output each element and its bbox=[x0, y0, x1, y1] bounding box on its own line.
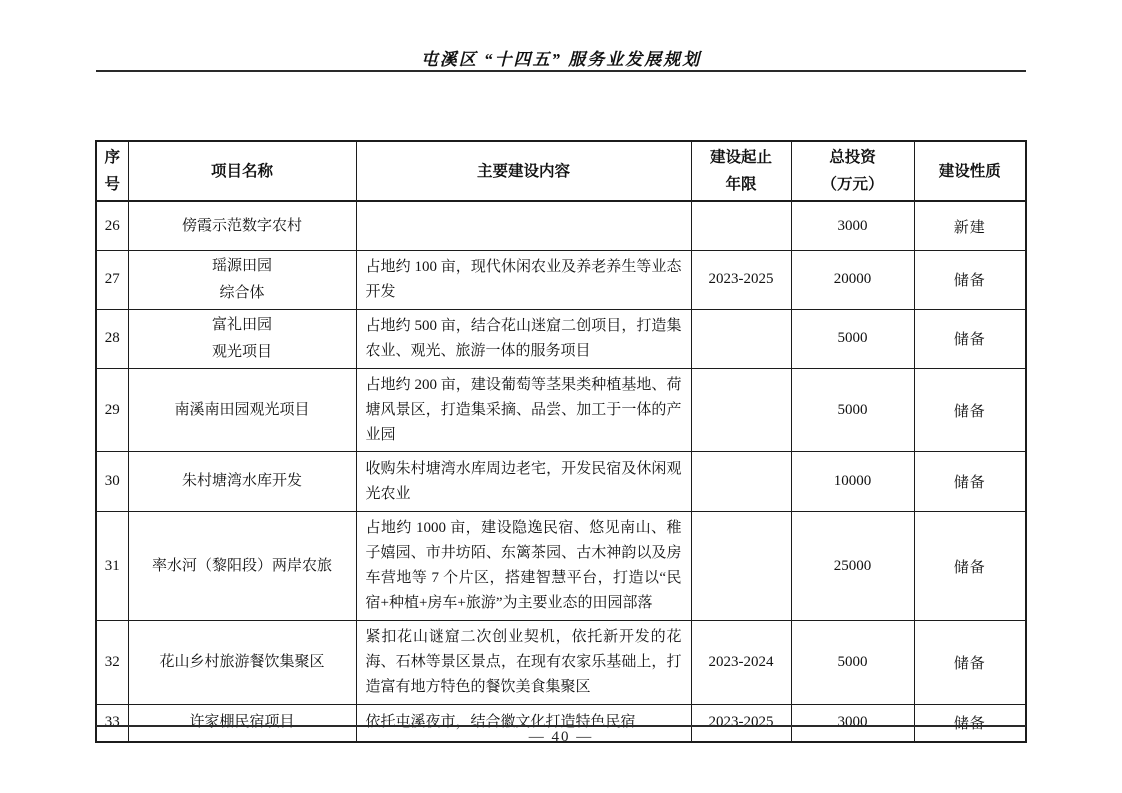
header-rule bbox=[96, 70, 1026, 72]
cell-investment: 5000 bbox=[791, 620, 914, 704]
column-header-no: 序 号 bbox=[96, 141, 128, 201]
cell-nature: 新建 bbox=[914, 201, 1026, 250]
cell-name: 富礼田园 观光项目 bbox=[128, 309, 356, 368]
page-title: 屯溪区 “十四五” 服务业发展规划 bbox=[0, 45, 1122, 70]
footer-rule bbox=[96, 725, 1026, 727]
cell-years: 2023-2024 bbox=[691, 620, 791, 704]
cell-no: 29 bbox=[96, 368, 128, 452]
cell-nature: 储备 bbox=[914, 512, 1026, 621]
cell-no: 32 bbox=[96, 620, 128, 704]
cell-content bbox=[356, 201, 691, 250]
cell-name: 率水河（黎阳段）两岸农旅 bbox=[128, 512, 356, 621]
column-header-name: 项目名称 bbox=[128, 141, 356, 201]
cell-no: 27 bbox=[96, 250, 128, 309]
projects-table: 序 号项目名称主要建设内容建设起止 年限总投资 （万元）建设性质 26傍霞示范数… bbox=[95, 140, 1027, 743]
column-header-nature: 建设性质 bbox=[914, 141, 1026, 201]
cell-nature: 储备 bbox=[914, 452, 1026, 512]
cell-nature: 储备 bbox=[914, 620, 1026, 704]
table-row: 30朱村塘湾水库开发收购朱村塘湾水库周边老宅，开发民宿及休闲观光农业10000储… bbox=[96, 452, 1026, 512]
cell-content: 占地约 500 亩，结合花山迷窟二创项目，打造集农业、观光、旅游一体的服务项目 bbox=[356, 309, 691, 368]
cell-nature: 储备 bbox=[914, 309, 1026, 368]
cell-investment: 3000 bbox=[791, 201, 914, 250]
cell-nature: 储备 bbox=[914, 368, 1026, 452]
cell-investment: 25000 bbox=[791, 512, 914, 621]
cell-name: 瑶源田园 综合体 bbox=[128, 250, 356, 309]
table-row: 27瑶源田园 综合体占地约 100 亩，现代休闲农业及养老养生等业态开发2023… bbox=[96, 250, 1026, 309]
column-header-investment: 总投资 （万元） bbox=[791, 141, 914, 201]
cell-no: 26 bbox=[96, 201, 128, 250]
cell-years bbox=[691, 512, 791, 621]
cell-years bbox=[691, 452, 791, 512]
page-number: — 40 — bbox=[0, 729, 1122, 746]
cell-investment: 20000 bbox=[791, 250, 914, 309]
cell-investment: 5000 bbox=[791, 309, 914, 368]
cell-years bbox=[691, 368, 791, 452]
cell-content: 紧扣花山谜窟二次创业契机，依托新开发的花海、石林等景区景点，在现有农家乐基础上，… bbox=[356, 620, 691, 704]
table-row: 31率水河（黎阳段）两岸农旅占地约 1000 亩，建设隐逸民宿、悠见南山、稚子嬉… bbox=[96, 512, 1026, 621]
cell-no: 31 bbox=[96, 512, 128, 621]
cell-investment: 5000 bbox=[791, 368, 914, 452]
cell-no: 30 bbox=[96, 452, 128, 512]
cell-content: 收购朱村塘湾水库周边老宅，开发民宿及休闲观光农业 bbox=[356, 452, 691, 512]
column-header-content: 主要建设内容 bbox=[356, 141, 691, 201]
cell-name: 朱村塘湾水库开发 bbox=[128, 452, 356, 512]
cell-name: 花山乡村旅游餐饮集聚区 bbox=[128, 620, 356, 704]
cell-content: 占地约 100 亩，现代休闲农业及养老养生等业态开发 bbox=[356, 250, 691, 309]
cell-nature: 储备 bbox=[914, 250, 1026, 309]
table-row: 32花山乡村旅游餐饮集聚区紧扣花山谜窟二次创业契机，依托新开发的花海、石林等景区… bbox=[96, 620, 1026, 704]
table-row: 29南溪南田园观光项目占地约 200 亩，建设葡萄等茎果类种植基地、荷塘风景区，… bbox=[96, 368, 1026, 452]
cell-years: 2023-2025 bbox=[691, 250, 791, 309]
table-row: 26傍霞示范数字农村3000新建 bbox=[96, 201, 1026, 250]
table-header-row: 序 号项目名称主要建设内容建设起止 年限总投资 （万元）建设性质 bbox=[96, 141, 1026, 201]
cell-name: 傍霞示范数字农村 bbox=[128, 201, 356, 250]
table-row: 28富礼田园 观光项目占地约 500 亩，结合花山迷窟二创项目，打造集农业、观光… bbox=[96, 309, 1026, 368]
cell-investment: 10000 bbox=[791, 452, 914, 512]
cell-content: 占地约 200 亩，建设葡萄等茎果类种植基地、荷塘风景区，打造集采摘、品尝、加工… bbox=[356, 368, 691, 452]
cell-content: 占地约 1000 亩，建设隐逸民宿、悠见南山、稚子嬉园、市井坊陌、东篱茶园、古木… bbox=[356, 512, 691, 621]
cell-years bbox=[691, 309, 791, 368]
cell-years bbox=[691, 201, 791, 250]
column-header-years: 建设起止 年限 bbox=[691, 141, 791, 201]
cell-name: 南溪南田园观光项目 bbox=[128, 368, 356, 452]
cell-no: 28 bbox=[96, 309, 128, 368]
